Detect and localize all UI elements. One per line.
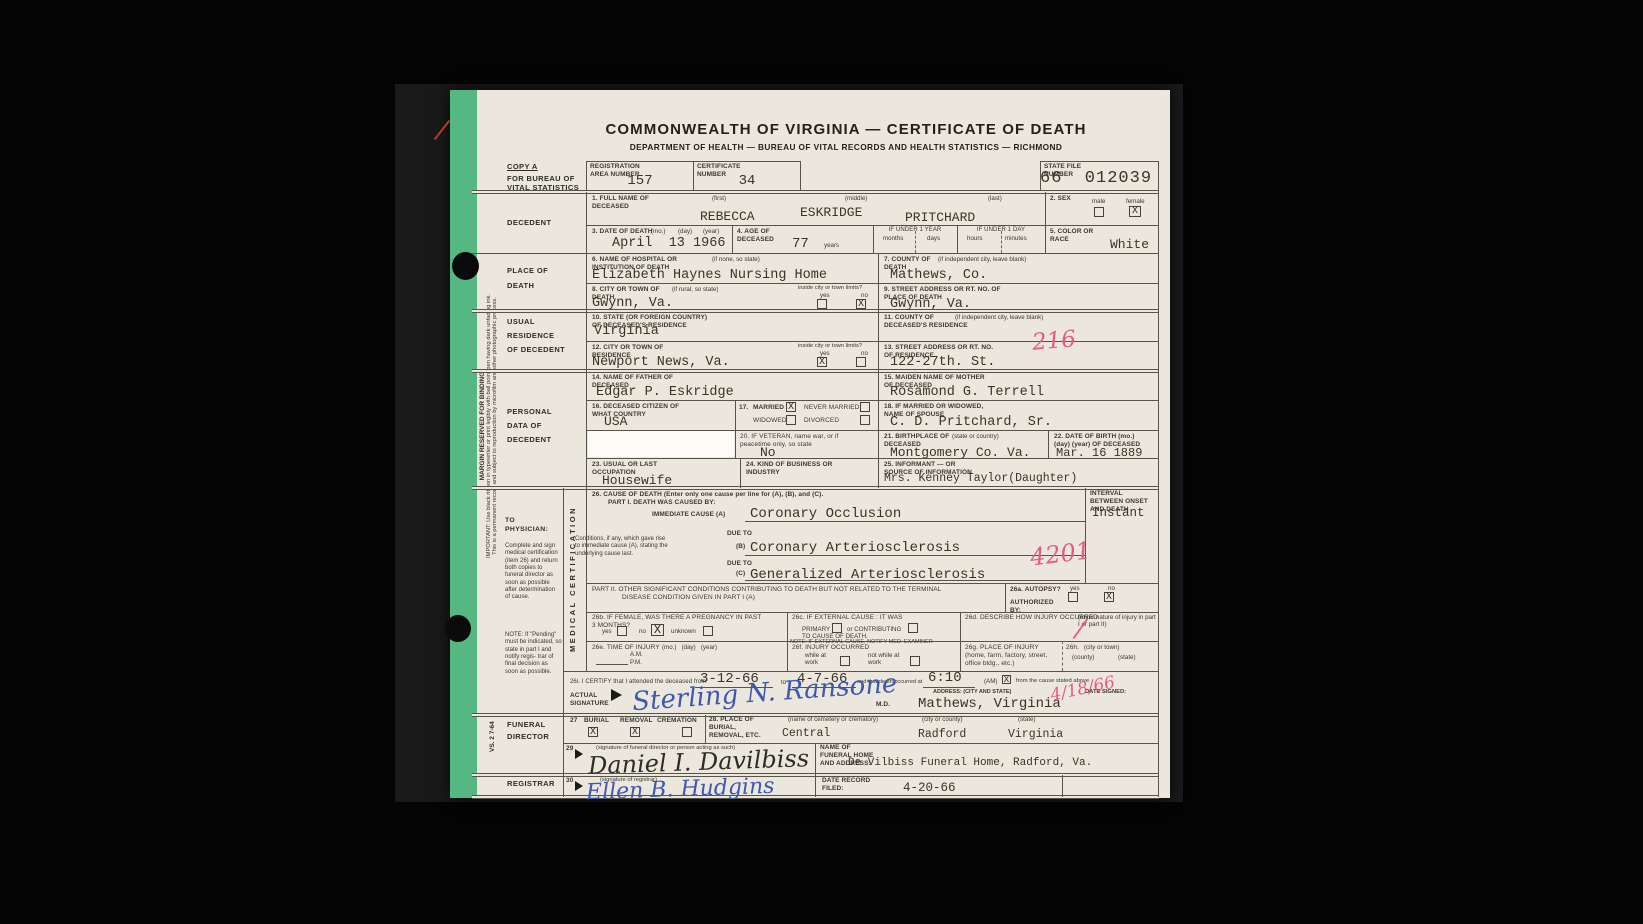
contributing-checkbox bbox=[908, 623, 918, 633]
birthplace-value: Montgomery Co. Va. bbox=[890, 445, 1030, 460]
am-label: A.M. bbox=[630, 651, 643, 658]
grid-line bbox=[732, 225, 733, 253]
burial-city-hint: (city or county) bbox=[922, 716, 963, 723]
middle-hint: (middle) bbox=[845, 195, 867, 202]
days-hint: days bbox=[927, 235, 940, 242]
grid-line bbox=[1005, 583, 1006, 612]
pregnancy-no: no bbox=[639, 628, 646, 635]
full-name-label: 1. FULL NAME OF DECEASED bbox=[592, 195, 677, 211]
mo-hint: (mo.) bbox=[651, 228, 665, 235]
pregnancy-yes: yes bbox=[602, 628, 612, 635]
section-residence-1: USUAL bbox=[507, 317, 535, 326]
grid-line bbox=[957, 225, 958, 253]
pregnancy-yes-checkbox bbox=[617, 626, 627, 636]
cause-c-letter: (C) bbox=[736, 570, 745, 578]
section-place-of-death-2: DEATH bbox=[507, 281, 534, 290]
certificate-subtitle: DEPARTMENT OF HEALTH — BUREAU OF VITAL R… bbox=[566, 142, 1126, 152]
father-value: Edgar P. Eskridge bbox=[596, 385, 734, 400]
grid-line bbox=[878, 253, 879, 488]
grid-line bbox=[1045, 192, 1046, 253]
street-residence-value: 122-27th. St. bbox=[890, 355, 995, 370]
occupation-value: Housewife bbox=[602, 473, 672, 488]
informant-value: Mrs. Kenney Taylor(Daughter) bbox=[884, 472, 1077, 485]
section-personal-2: DATA OF bbox=[507, 421, 542, 430]
county-death-value: Mathews, Co. bbox=[890, 268, 987, 283]
grid-line bbox=[586, 612, 1159, 613]
while-at-work-label: while at work bbox=[805, 652, 835, 667]
copy-a-label: COPY A bbox=[507, 162, 538, 171]
middle-name-value: ESKRIDGE bbox=[800, 205, 862, 220]
green-binding-stripe bbox=[450, 90, 477, 798]
limits-death-label: inside city or town limits? bbox=[798, 285, 862, 292]
date-of-death-value: April 13 1966 bbox=[612, 236, 725, 251]
immediate-cause-label: IMMEDIATE CAUSE (A) bbox=[652, 511, 725, 519]
medical-certification-vertical-label: MEDICAL CERTIFICATION bbox=[568, 490, 577, 668]
grid-line bbox=[740, 458, 741, 488]
pregnancy-unknown: unknown bbox=[671, 628, 696, 635]
date-of-death-label: 3. DATE OF DEATH bbox=[592, 228, 653, 236]
while-at-work-checkbox bbox=[840, 656, 850, 666]
cemetery-hint: (name of cemetery or crematory) bbox=[788, 716, 878, 723]
street-death-value: Gwynn, Va. bbox=[890, 297, 971, 312]
injury-state-hint: (state) bbox=[1118, 654, 1136, 661]
part1-label: PART I. DEATH WAS CAUSED BY: bbox=[608, 499, 716, 507]
f29-num: 29 bbox=[566, 745, 573, 753]
last-name-value: PRITCHARD bbox=[905, 210, 975, 225]
male-label: male bbox=[1092, 198, 1105, 205]
time-underline bbox=[923, 687, 975, 688]
marital-num: 17. bbox=[739, 404, 748, 412]
grid-line bbox=[1158, 161, 1159, 797]
section-personal-3: DECEDENT bbox=[507, 435, 551, 444]
grid-line bbox=[815, 743, 816, 797]
section-personal-1: PERSONAL bbox=[507, 407, 552, 416]
certificate-title: COMMONWEALTH OF VIRGINIA — CERTIFICATE O… bbox=[566, 121, 1126, 138]
physician-address-value: Mathews, Virginia bbox=[918, 696, 1061, 712]
to-physician-1: TO bbox=[505, 517, 515, 524]
grid-line bbox=[472, 486, 1159, 490]
grid-line bbox=[586, 400, 1159, 401]
removal-checkbox: X bbox=[630, 727, 640, 737]
limits-res-label: inside city or town limits? bbox=[798, 343, 862, 350]
section-funeral-2: DIRECTOR bbox=[507, 732, 549, 741]
form-number: VS. 2 7-64 bbox=[489, 721, 496, 752]
section-residence-3: OF DECEDENT bbox=[507, 345, 565, 354]
f27-num: 27 bbox=[570, 717, 577, 725]
city-death-value: Gwynn, Va. bbox=[592, 296, 673, 311]
grid-line bbox=[472, 190, 1159, 194]
autopsy-yes-checkbox bbox=[1068, 592, 1078, 602]
dob-value: Mar. 16 1889 bbox=[1056, 446, 1142, 460]
signature-arrow-icon bbox=[611, 689, 622, 701]
burial-city-value: Radford bbox=[918, 728, 966, 741]
street-number-annotation: 216 bbox=[1031, 326, 1077, 356]
time-injury-hints: (mo.) (day) (year) bbox=[662, 644, 717, 651]
burial-state-value: Virginia bbox=[1008, 728, 1063, 741]
mother-value: Rosamond G. Terrell bbox=[890, 385, 1044, 400]
due-to-1: DUE TO bbox=[727, 530, 752, 538]
grid-line bbox=[1062, 641, 1063, 671]
registrar-arrow-icon bbox=[575, 781, 583, 791]
interval-value: Instant bbox=[1092, 506, 1145, 520]
f30-num: 30 bbox=[566, 777, 573, 785]
injury-26h-label: 26h. bbox=[1066, 644, 1079, 652]
hole-punch bbox=[452, 252, 479, 280]
place-injury-label: 26g. PLACE OF INJURY (home, farm, factor… bbox=[965, 644, 1055, 668]
date-filed-label: DATE RECORD FILED: bbox=[822, 777, 877, 793]
veteran-label: 20. IF VETERAN, name war, or if peacetim… bbox=[740, 433, 865, 449]
under-1-year-label: IF UNDER 1 YEAR bbox=[875, 227, 955, 235]
male-checkbox bbox=[1094, 207, 1104, 217]
spouse-value: C. D. Pritchard, Sr. bbox=[890, 415, 1052, 430]
cause-b-letter: (B) bbox=[736, 543, 745, 551]
part2-line2: DISEASE CONDITION GIVEN IN PART I (A) bbox=[622, 594, 755, 602]
hospital-hint: (if none, so state) bbox=[712, 256, 760, 263]
section-residence-2: RESIDENCE bbox=[507, 331, 554, 340]
pending-note: NOTE: If "Pending" must be indicated, so… bbox=[505, 632, 562, 676]
section-place-of-death-1: PLACE OF bbox=[507, 266, 548, 275]
grid-line bbox=[787, 612, 788, 671]
sex-label: 2. SEX bbox=[1050, 195, 1071, 203]
never-married-checkbox bbox=[860, 402, 870, 412]
section-funeral-1: FUNERAL bbox=[507, 720, 546, 729]
limits-res-yes-checkbox: X bbox=[817, 357, 827, 367]
md-label: M.D. bbox=[876, 701, 890, 709]
grid-line bbox=[960, 612, 961, 671]
divorced-checkbox bbox=[860, 415, 870, 425]
certificate-number-value: 34 bbox=[693, 173, 801, 189]
burial-label: BURIAL bbox=[584, 717, 609, 725]
veteran-value: No bbox=[760, 445, 776, 460]
hospital-value: Elizabeth Haynes Nursing Home bbox=[592, 268, 827, 283]
cause-c-underline bbox=[745, 580, 1080, 581]
grid-line bbox=[472, 253, 1159, 254]
first-hint: (first) bbox=[712, 195, 726, 202]
external-cause-label: 26c. IF EXTERNAL CAUSE : IT WAS bbox=[792, 614, 942, 622]
cremation-label: CREMATION bbox=[657, 717, 697, 725]
county-death-hint: (if independent city, leave blank) bbox=[938, 256, 1048, 263]
death-time-value: 6:10 bbox=[928, 670, 962, 686]
authorized-by-label: AUTHORIZED BY: bbox=[1010, 599, 1065, 615]
scanned-death-certificate: COMMONWEALTH OF VIRGINIA — CERTIFICATE O… bbox=[0, 0, 1643, 924]
address-city-state-hint: ADDRESS: (CITY AND STATE) bbox=[933, 689, 1011, 696]
under-1-day-label: IF UNDER 1 DAY bbox=[959, 227, 1043, 235]
grid-line bbox=[1062, 775, 1063, 797]
pm-label: P.M. bbox=[630, 659, 642, 666]
section-decedent: DECEDENT bbox=[507, 218, 551, 227]
grid-line bbox=[735, 400, 736, 458]
grid-line bbox=[1048, 430, 1049, 458]
physician-note: Complete and sign medical certification … bbox=[505, 543, 560, 602]
removal-label: REMOVAL bbox=[620, 717, 653, 725]
hours-hint: hours bbox=[967, 235, 982, 242]
pregnancy-unknown-checkbox bbox=[703, 626, 713, 636]
am-paren-label: (AM) bbox=[984, 678, 997, 685]
not-while-at-work-checkbox bbox=[910, 656, 920, 666]
last-hint: (last) bbox=[988, 195, 1002, 202]
age-value: 77 bbox=[792, 236, 809, 252]
injury-county-hint: (county) bbox=[1072, 654, 1094, 661]
funeral-home-value: De Vilbiss Funeral Home, Radford, Va. bbox=[848, 757, 1092, 769]
female-label: female bbox=[1126, 198, 1145, 205]
registration-value: 157 bbox=[586, 173, 694, 189]
signature-label: SIGNATURE bbox=[570, 700, 609, 708]
first-name-value: REBECCA bbox=[700, 209, 755, 224]
director-arrow-icon bbox=[575, 749, 583, 759]
city-death-hint: (if rural, so state) bbox=[672, 286, 718, 293]
injury-city-hint: (city or town) bbox=[1084, 644, 1119, 651]
married-checkbox: X bbox=[786, 402, 796, 412]
day-hint: (day) bbox=[678, 228, 692, 235]
grid-line bbox=[1085, 488, 1086, 583]
time-injury-label: 26e. TIME OF INJURY bbox=[592, 644, 660, 652]
cause-a-value: Coronary Occlusion bbox=[750, 506, 901, 522]
grid-line bbox=[586, 283, 1159, 284]
state-file-value: 66 012039 bbox=[1040, 169, 1152, 188]
minutes-hint: minutes bbox=[1005, 235, 1027, 242]
not-while-at-work-label: not while at work bbox=[868, 652, 902, 667]
binding-margin-title: MARGIN RESERVED FOR BINDING bbox=[479, 290, 486, 562]
binding-margin-text: MARGIN RESERVED FOR BINDING IMPORTANT: U… bbox=[479, 290, 498, 562]
cremation-checkbox bbox=[682, 727, 692, 737]
hole-punch bbox=[445, 615, 471, 642]
grid-line bbox=[705, 715, 706, 743]
female-checkbox: X bbox=[1129, 206, 1141, 217]
months-hint: months bbox=[883, 235, 903, 242]
time-blank-line bbox=[596, 664, 628, 665]
limits-res-no-checkbox bbox=[856, 357, 866, 367]
widowed-label: WIDOWED bbox=[753, 417, 787, 425]
due-to-2: DUE TO bbox=[727, 560, 752, 568]
color-race-value: White bbox=[1110, 237, 1149, 252]
state-residence-value: Virginia bbox=[594, 324, 659, 339]
years-hint: years bbox=[824, 242, 839, 249]
limits-death-no-checkbox: X bbox=[856, 299, 866, 309]
married-label: MARRIED bbox=[753, 404, 784, 412]
injury-occurred-label: 26f. INJURY OCCURRED bbox=[792, 644, 869, 652]
grid-line bbox=[472, 309, 1159, 313]
actual-label: ACTUAL bbox=[570, 692, 597, 700]
limits-death-yes-checkbox bbox=[817, 299, 827, 309]
burial-state-hint: (state) bbox=[1018, 716, 1036, 723]
year-hint: (year) bbox=[703, 228, 719, 235]
color-race-label: 5. COLOR OR RACE bbox=[1050, 228, 1095, 244]
am-checkbox: X bbox=[1002, 675, 1011, 684]
copy-a-line2: FOR BUREAU OF bbox=[507, 174, 575, 183]
grid-line bbox=[472, 369, 1159, 373]
primary-checkbox bbox=[832, 623, 842, 633]
widowed-checkbox bbox=[786, 415, 796, 425]
binding-margin-line2: This is a permanent record and subject t… bbox=[492, 290, 498, 562]
section-registrar: REGISTRAR bbox=[507, 779, 555, 788]
county-residence-hint: (if independent city, leave blank) bbox=[955, 314, 1050, 321]
divorced-label: DIVORCED bbox=[804, 417, 839, 425]
autopsy-label: 26a. AUTOPSY? bbox=[1010, 586, 1061, 594]
grid-line bbox=[873, 225, 874, 253]
grid-line bbox=[586, 192, 587, 671]
grid-line bbox=[563, 488, 564, 797]
cause-b-value: Coronary Arteriosclerosis bbox=[750, 540, 960, 556]
city-residence-value: Newport News, Va. bbox=[592, 355, 730, 370]
burial-checkbox: X bbox=[588, 727, 598, 737]
date-filed-value: 4-20-66 bbox=[903, 781, 956, 795]
pregnancy-no-checkbox: X bbox=[651, 624, 664, 636]
birthplace-hint: (state or country) bbox=[952, 433, 999, 440]
cause-of-death-label: 26. CAUSE OF DEATH (Enter only one cause… bbox=[592, 491, 823, 499]
to-physician-2: PHYSICIAN: bbox=[505, 526, 548, 533]
conditions-note: Conditions, if any, which gave rise to i… bbox=[575, 536, 670, 558]
part2-line1: PART II. OTHER SIGNIFICANT CONDITIONS CO… bbox=[592, 586, 941, 594]
autopsy-no-checkbox: X bbox=[1104, 592, 1114, 602]
citizen-value: USA bbox=[604, 414, 627, 429]
redacted-area bbox=[588, 431, 734, 457]
cemetery-value: Central bbox=[782, 727, 830, 740]
never-married-label: NEVER MARRIED bbox=[804, 404, 859, 412]
grid-line bbox=[586, 583, 1159, 584]
place-burial-label: 28. PLACE OF BURIAL, REMOVAL, ETC. bbox=[709, 716, 764, 740]
cause-a-underline bbox=[745, 521, 1085, 522]
age-label: 4. AGE OF DECEASED bbox=[737, 228, 792, 244]
business-label: 24. KIND OF BUSINESS OR INDUSTRY bbox=[746, 461, 836, 477]
how-injury-hint: (enter nature of injury in part I or par… bbox=[1078, 614, 1156, 629]
